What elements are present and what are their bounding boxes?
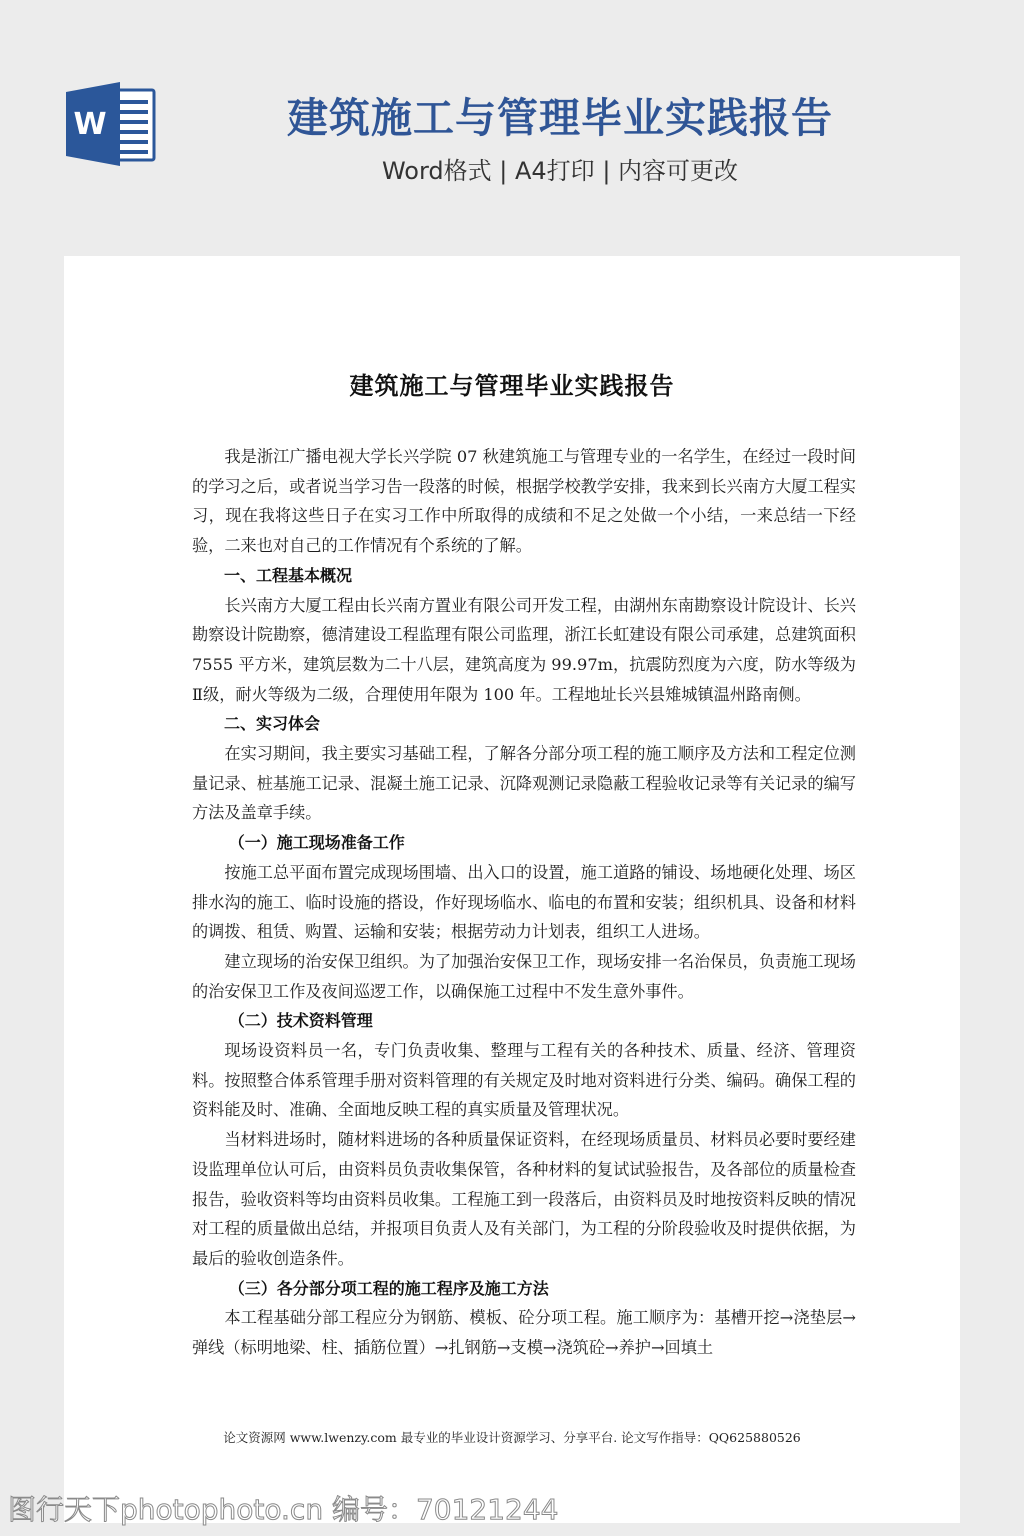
paragraph-project-overview: 长兴南方大厦工程由长兴南方置业有限公司开发工程，由湖州东南勘察设计院设计、长兴勘… bbox=[192, 591, 856, 710]
watermark: 图行天下photophoto.cn 编号：70121244 bbox=[8, 1493, 559, 1527]
paragraph-security: 建立现场的治安保卫组织。为了加强治安保卫工作，现场安排一名治保员，负责施工现场的… bbox=[192, 947, 856, 1006]
page-footer: 论文资源网 www.lwenzy.com 最专业的毕业设计资源学习、分享平台. … bbox=[64, 1428, 960, 1448]
paragraph-documents-staff: 现场设资料员一名，专门负责收集、整理与工程有关的各种技术、质量、经济、管理资料。… bbox=[192, 1036, 856, 1125]
document-page: 建筑施工与管理毕业实践报告 我是浙江广播电视大学长兴学院 07 秋建筑施工与管理… bbox=[64, 256, 960, 1523]
word-document-icon: W bbox=[66, 82, 156, 166]
heading-project-overview: 一、工程基本概况 bbox=[192, 561, 856, 591]
banner-subtitle: Word格式 | A4打印 | 内容可更改 bbox=[260, 154, 860, 188]
document-body: 我是浙江广播电视大学长兴学院 07 秋建筑施工与管理专业的一名学生，在经过一段时… bbox=[192, 442, 856, 1363]
heading-internship-experience: 二、实习体会 bbox=[192, 709, 856, 739]
paragraph-intro: 我是浙江广播电视大学长兴学院 07 秋建筑施工与管理专业的一名学生，在经过一段时… bbox=[192, 442, 856, 561]
banner-title: 建筑施工与管理毕业实践报告 bbox=[250, 93, 870, 143]
banner: W 建筑施工与管理毕业实践报告 Word格式 | A4打印 | 内容可更改 bbox=[0, 0, 1024, 256]
paragraph-internship-experience: 在实习期间，我主要实习基础工程，了解各分部分项工程的施工顺序及方法和工程定位测量… bbox=[192, 739, 856, 828]
paragraph-site-preparation: 按施工总平面布置完成现场围墙、出入口的设置，施工道路的铺设、场地硬化处理、场区排… bbox=[192, 858, 856, 947]
paragraph-material-documents: 当材料进场时，随材料进场的各种质量保证资料，在经现场质量员、材料员必要时要经建设… bbox=[192, 1125, 856, 1274]
subheading-construction-procedure: （三）各分部分项工程的施工程序及施工方法 bbox=[192, 1274, 856, 1304]
paragraph-construction-procedure: 本工程基础分部工程应分为钢筋、模板、砼分项工程。施工顺序为：基槽开挖→浇垫层→弹… bbox=[192, 1303, 856, 1362]
subheading-site-preparation: （一）施工现场准备工作 bbox=[192, 828, 856, 858]
svg-text:W: W bbox=[73, 107, 106, 142]
document-title: 建筑施工与管理毕业实践报告 bbox=[64, 368, 960, 404]
subheading-technical-documents: （二）技术资料管理 bbox=[192, 1006, 856, 1036]
